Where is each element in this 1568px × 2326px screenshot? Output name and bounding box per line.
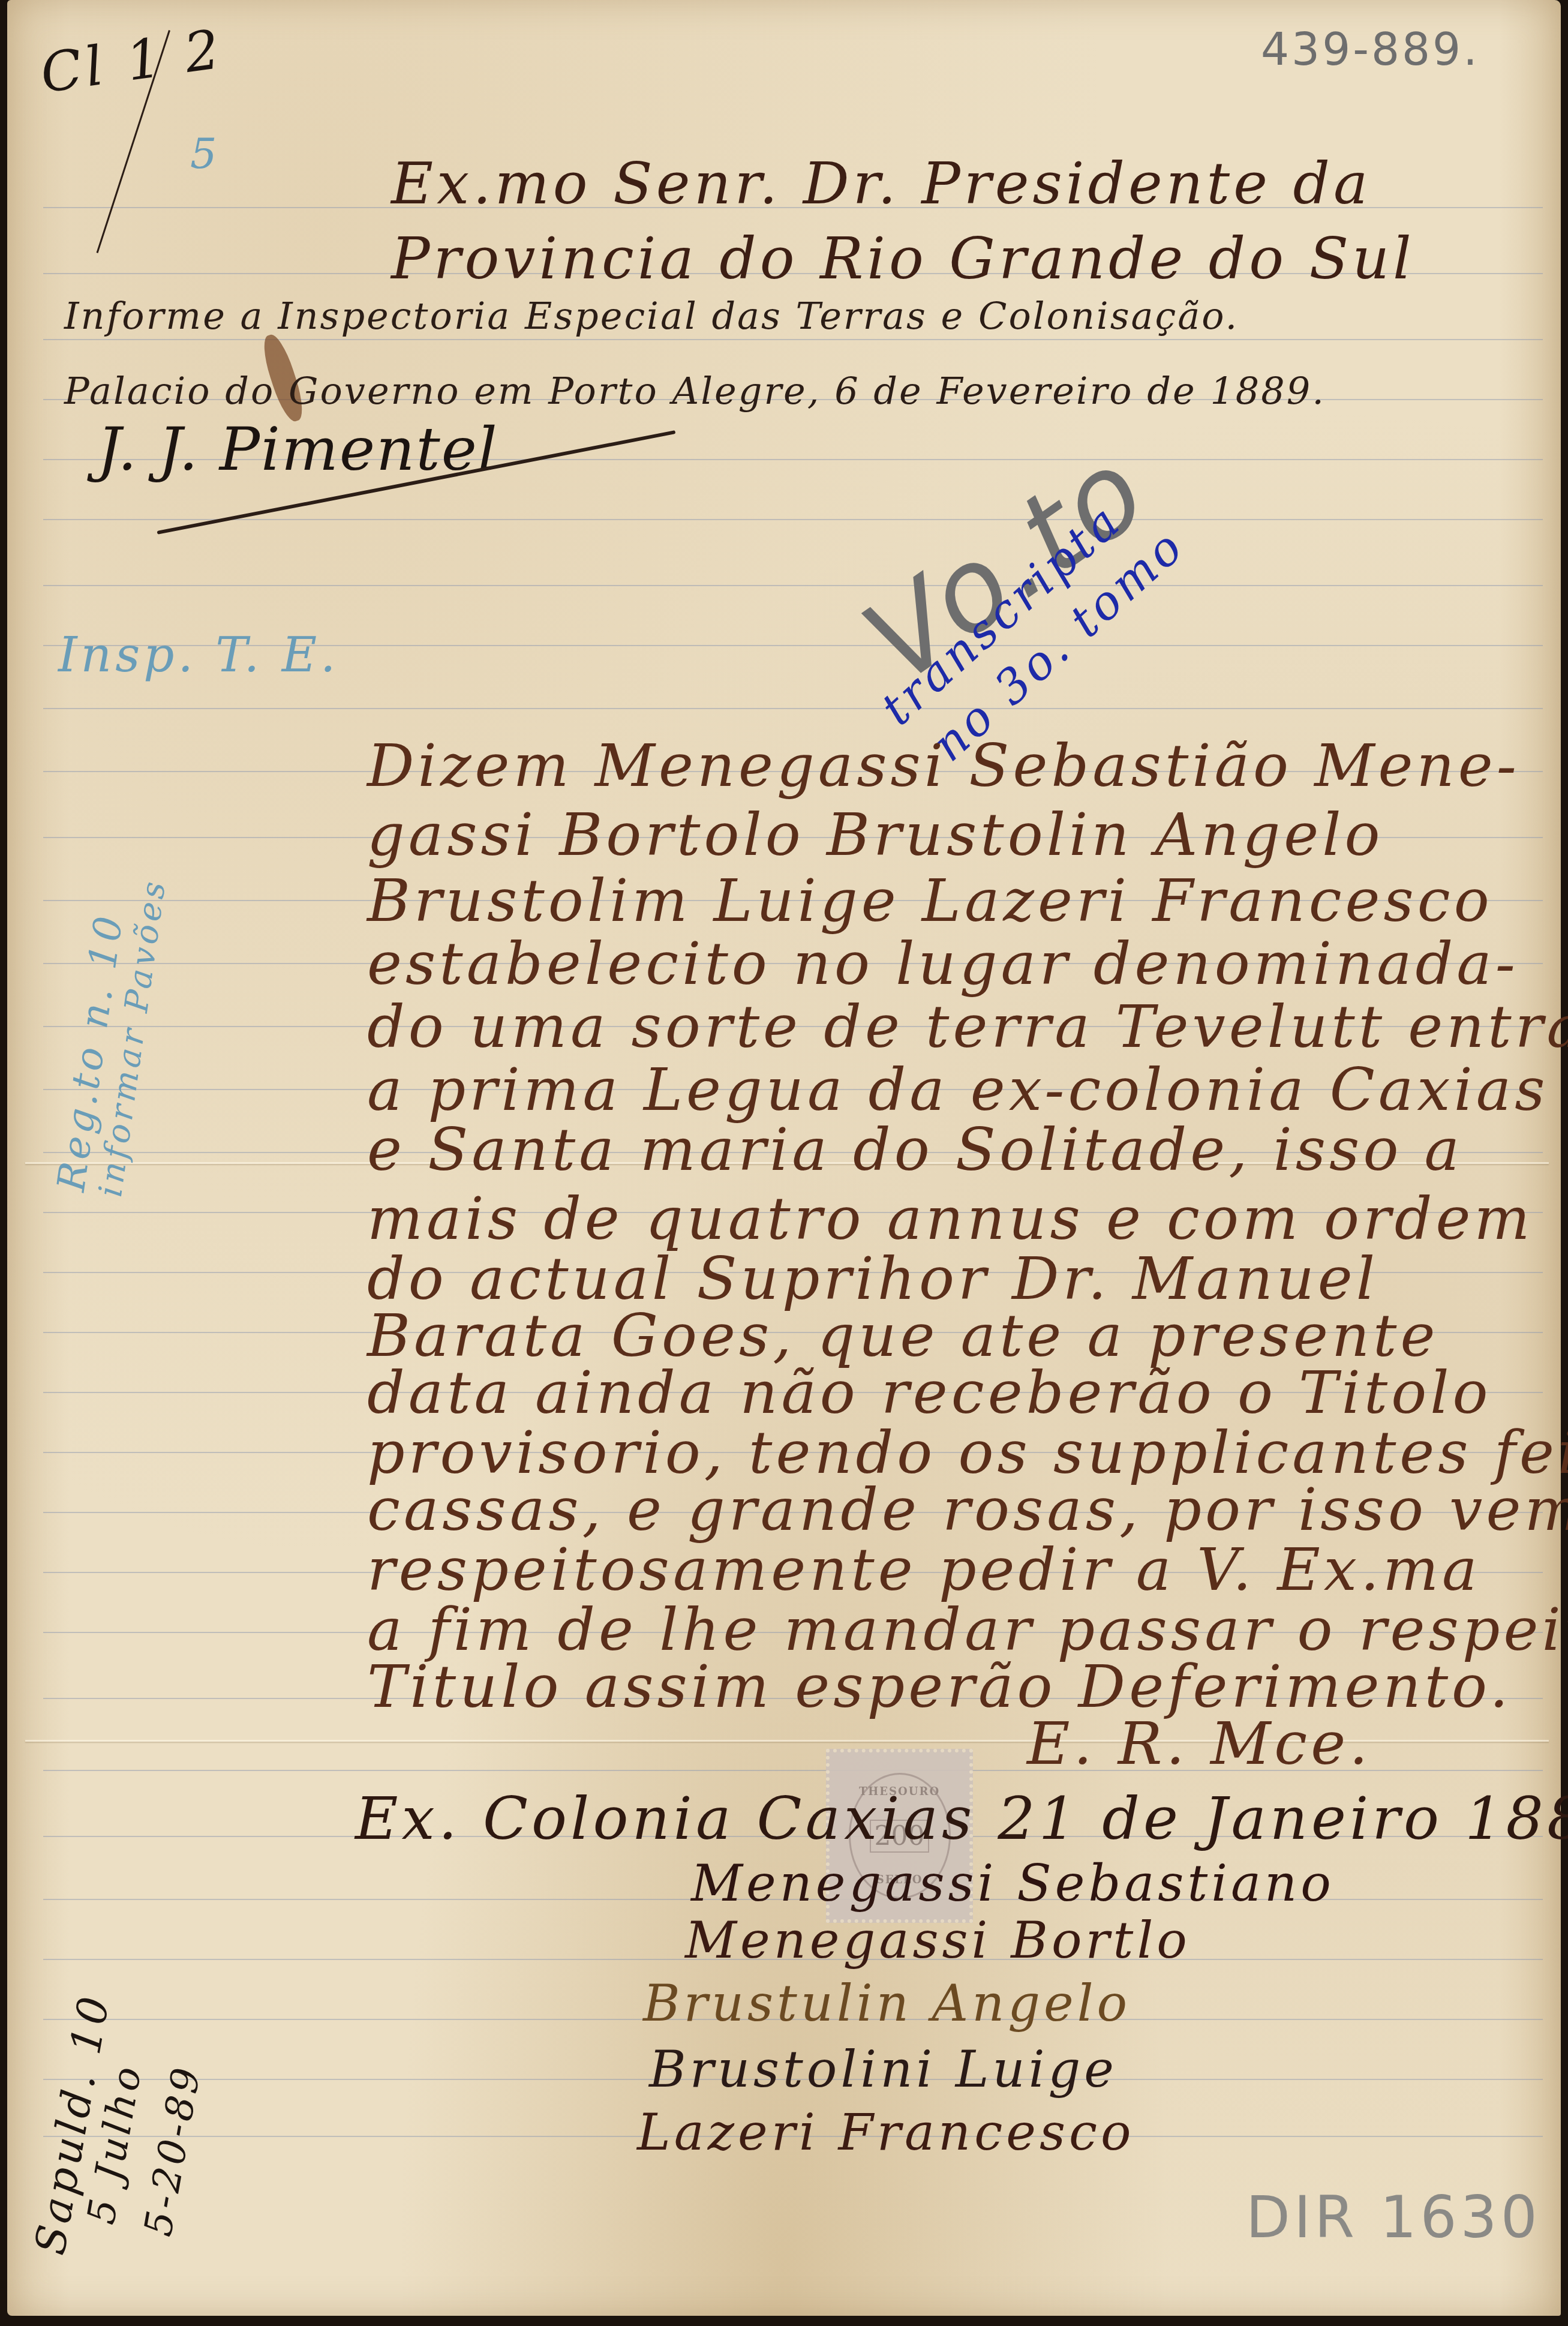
salutation-line-1: Ex.mo Senr. Dr. Presidente da [391,150,1371,217]
despacho-line-2: Palacio do Governo em Porto Alegre, 6 de… [64,369,1326,413]
petition-line: estabelecito no lugar denominada- [367,930,1519,998]
petition-line: cassas, e grande rosas, por isso vem [367,1476,1568,1544]
signature: Lazeri Francesco [637,2103,1135,2162]
petition-line: Dizem Menegassi Sebastião Mene- [367,732,1520,800]
petition-line: mais de quatro annus e com ordem [367,1185,1534,1253]
petition-line: data ainda não receberão o Titolo [367,1359,1491,1427]
document-page: Cl 1 2 5 439-889. Ex.mo Senr. Dr. Presid… [7,0,1561,2316]
despacho-signature: J. J. Pimentel [97,414,498,484]
petition-line: gassi Bortolo Brustolin Angelo [367,801,1384,869]
petition-line: do uma sorte de terra Tevelutt entra [367,993,1568,1061]
salutation-line-2: Provincia do Rio Grande do Sul [391,225,1415,292]
signature: Brustolini Luige [649,2040,1118,2099]
petition-line: e Santa maria do Solitade, isso a [367,1116,1463,1184]
despacho-line-1: Informe a Inspectoria Especial das Terra… [64,294,1239,338]
blue-margin-number: 5 [190,129,221,178]
ruled-line [43,519,1543,520]
petition-line: a prima Legua da ex-colonia Caxias [367,1056,1548,1124]
petition-closing: E. R. Mce. [1027,1710,1371,1778]
petition-line: Brustolim Luige Lazeri Francesco [367,867,1493,935]
archive-reference-bottom: DIR 1630 [1246,2184,1541,2251]
top-left-marks: Cl 1 2 [37,17,227,105]
signature: Brustulin Angelo [643,1974,1131,2033]
archive-reference-top: 439-889. [1261,24,1480,76]
signature: Menegassi Sebastiano [691,1854,1335,1913]
ruled-line [43,585,1543,586]
petition-line: respeitosamente pedir a V. Ex.ma [367,1536,1481,1604]
signature: Menegassi Bortlo [685,1911,1191,1970]
petition-place-date: Ex. Colonia Caxias 21 de Janeiro 1889 [355,1785,1568,1853]
ruled-line [43,708,1543,709]
blue-pencil-note-horizontal: Insp. T. E. [58,627,340,683]
